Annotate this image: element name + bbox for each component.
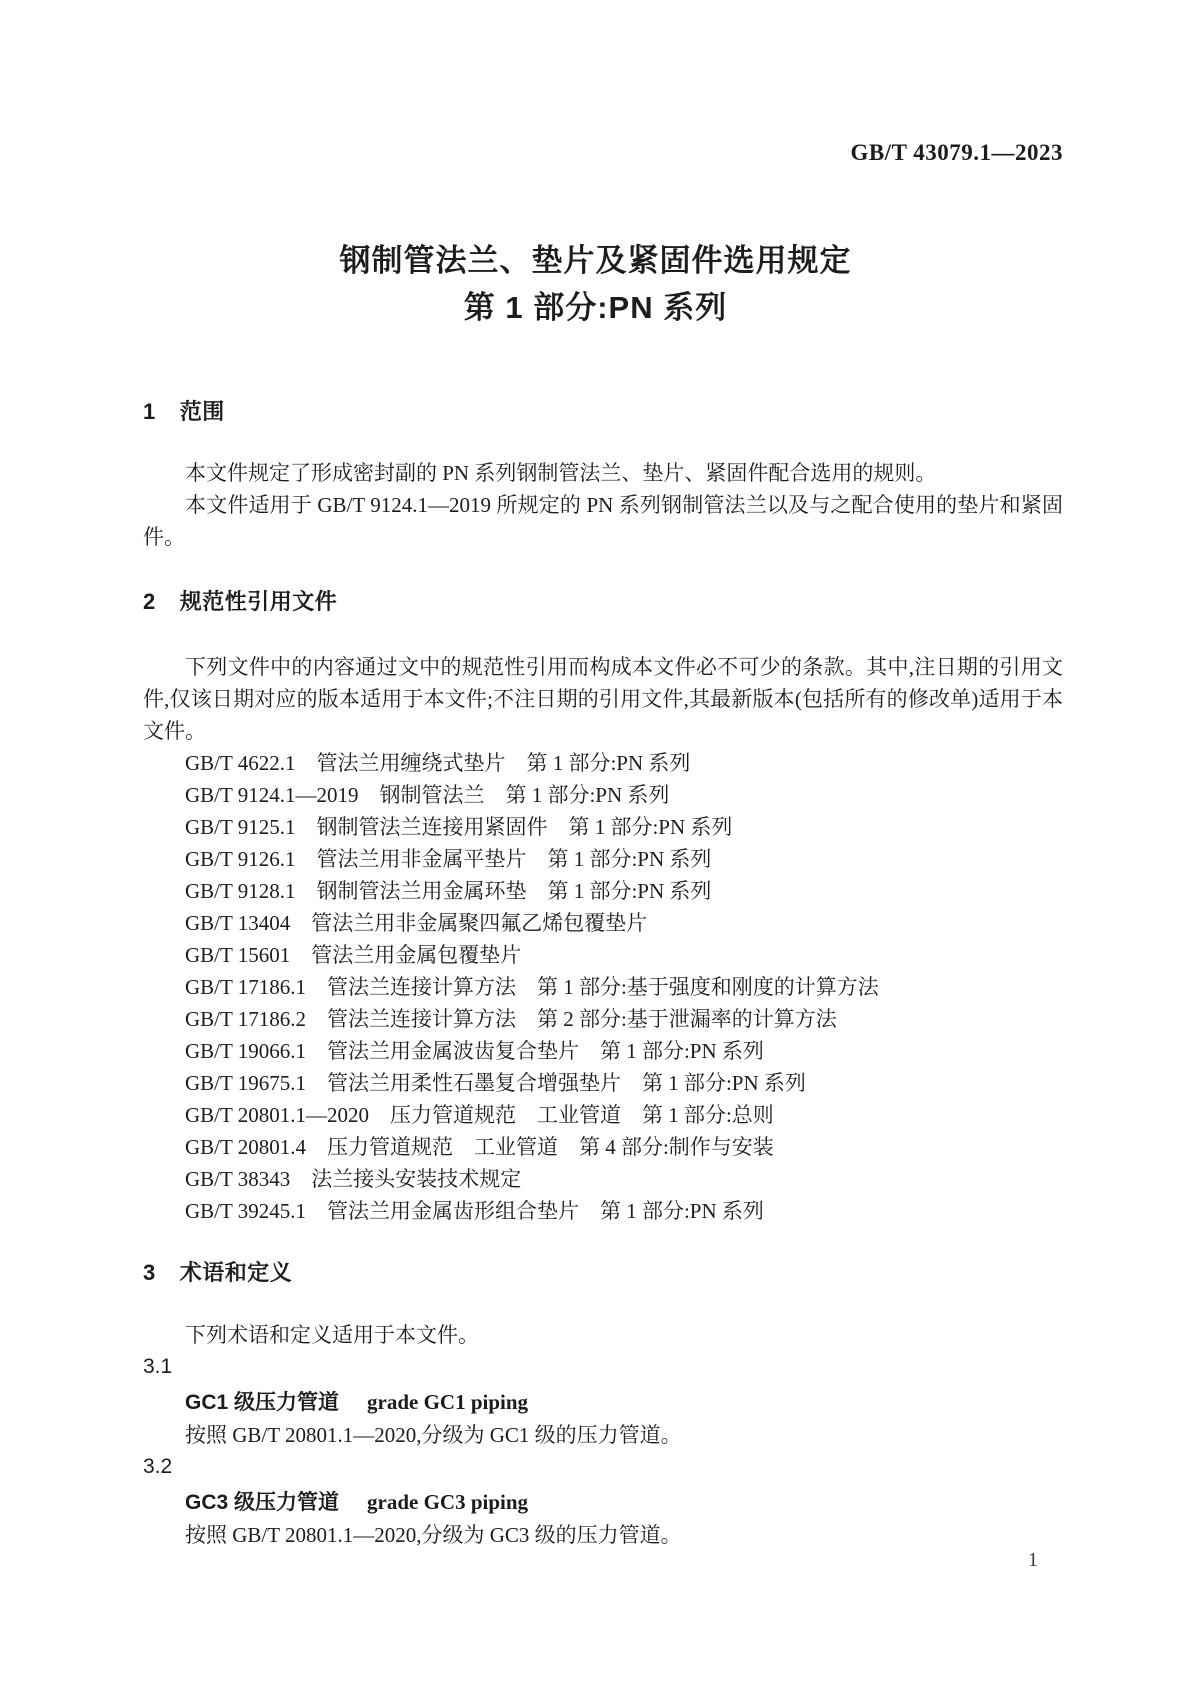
term-name-en: grade GC3 piping	[367, 1490, 528, 1514]
reference-item: GB/T 39245.1 管法兰用金属齿形组合垫片 第 1 部分:PN 系列	[185, 1195, 1063, 1227]
section-1-number: 1	[143, 396, 156, 428]
reference-item: GB/T 9124.1—2019 钢制管法兰 第 1 部分:PN 系列	[185, 779, 1063, 811]
document-title: 钢制管法兰、垫片及紧固件选用规定 第 1 部分:PN 系列	[0, 237, 1191, 331]
reference-item: GB/T 38343 法兰接头安装技术规定	[185, 1163, 1063, 1195]
references-list: GB/T 4622.1 管法兰用缠绕式垫片 第 1 部分:PN 系列 GB/T …	[143, 747, 1063, 1227]
reference-item: GB/T 13404 管法兰用非金属聚四氟乙烯包覆垫片	[185, 907, 1063, 939]
section-3-number: 3	[143, 1257, 156, 1289]
document-page: GB/T 43079.1—2023 钢制管法兰、垫片及紧固件选用规定 第 1 部…	[0, 0, 1191, 1685]
term-name: GC3 级压力管道grade GC3 piping	[143, 1486, 1063, 1519]
reference-item: GB/T 9128.1 钢制管法兰用金属环垫 第 1 部分:PN 系列	[185, 875, 1063, 907]
document-title-line1: 钢制管法兰、垫片及紧固件选用规定	[0, 237, 1191, 284]
section-2-title: 规范性引用文件	[180, 589, 338, 614]
term-number: 3.1	[143, 1351, 1063, 1383]
reference-item: GB/T 17186.1 管法兰连接计算方法 第 1 部分:基于强度和刚度的计算…	[185, 971, 1063, 1003]
section-2-number: 2	[143, 586, 156, 618]
standard-code: GB/T 43079.1—2023	[850, 141, 1063, 165]
page-number: 1	[1028, 1548, 1038, 1572]
section-3-title: 术语和定义	[180, 1260, 293, 1285]
reference-item: GB/T 9125.1 钢制管法兰连接用紧固件 第 1 部分:PN 系列	[185, 811, 1063, 843]
term-entry-3-2: 3.2 GC3 级压力管道grade GC3 piping 按照 GB/T 20…	[143, 1451, 1063, 1551]
term-number: 3.2	[143, 1451, 1063, 1483]
section-2-heading: 2规范性引用文件	[143, 586, 1063, 618]
term-definition: 按照 GB/T 20801.1—2020,分级为 GC3 级的压力管道。	[143, 1519, 1063, 1551]
reference-item: GB/T 17186.2 管法兰连接计算方法 第 2 部分:基于泄漏率的计算方法	[185, 1003, 1063, 1035]
terms-intro: 下列术语和定义适用于本文件。	[143, 1319, 1063, 1351]
reference-item: GB/T 9126.1 管法兰用非金属平垫片 第 1 部分:PN 系列	[185, 843, 1063, 875]
document-title-line2: 第 1 部分:PN 系列	[0, 284, 1191, 331]
scope-paragraph-2: 本文件适用于 GB/T 9124.1—2019 所规定的 PN 系列钢制管法兰以…	[143, 489, 1063, 553]
term-name: GC1 级压力管道grade GC1 piping	[143, 1386, 1063, 1419]
reference-item: GB/T 4622.1 管法兰用缠绕式垫片 第 1 部分:PN 系列	[185, 747, 1063, 779]
section-3-heading: 3术语和定义	[143, 1257, 1063, 1289]
section-1-heading: 1范围	[143, 396, 1063, 428]
term-name-zh: GC3 级压力管道	[185, 1491, 339, 1514]
reference-item: GB/T 20801.1—2020 压力管道规范 工业管道 第 1 部分:总则	[185, 1099, 1063, 1131]
term-name-en: grade GC1 piping	[367, 1390, 528, 1414]
reference-item: GB/T 19066.1 管法兰用金属波齿复合垫片 第 1 部分:PN 系列	[185, 1035, 1063, 1067]
reference-item: GB/T 20801.4 压力管道规范 工业管道 第 4 部分:制作与安装	[185, 1131, 1063, 1163]
scope-paragraph-1: 本文件规定了形成密封副的 PN 系列钢制管法兰、垫片、紧固件配合选用的规则。	[143, 457, 1063, 489]
term-entry-3-1: 3.1 GC1 级压力管道grade GC1 piping 按照 GB/T 20…	[143, 1351, 1063, 1451]
references-intro: 下列文件中的内容通过文中的规范性引用而构成本文件必不可少的条款。其中,注日期的引…	[143, 651, 1063, 747]
reference-item: GB/T 19675.1 管法兰用柔性石墨复合增强垫片 第 1 部分:PN 系列	[185, 1067, 1063, 1099]
document-body: 1范围 本文件规定了形成密封副的 PN 系列钢制管法兰、垫片、紧固件配合选用的规…	[143, 396, 1063, 1551]
term-name-zh: GC1 级压力管道	[185, 1391, 339, 1414]
section-1-title: 范围	[180, 399, 225, 424]
reference-item: GB/T 15601 管法兰用金属包覆垫片	[185, 939, 1063, 971]
term-definition: 按照 GB/T 20801.1—2020,分级为 GC1 级的压力管道。	[143, 1419, 1063, 1451]
